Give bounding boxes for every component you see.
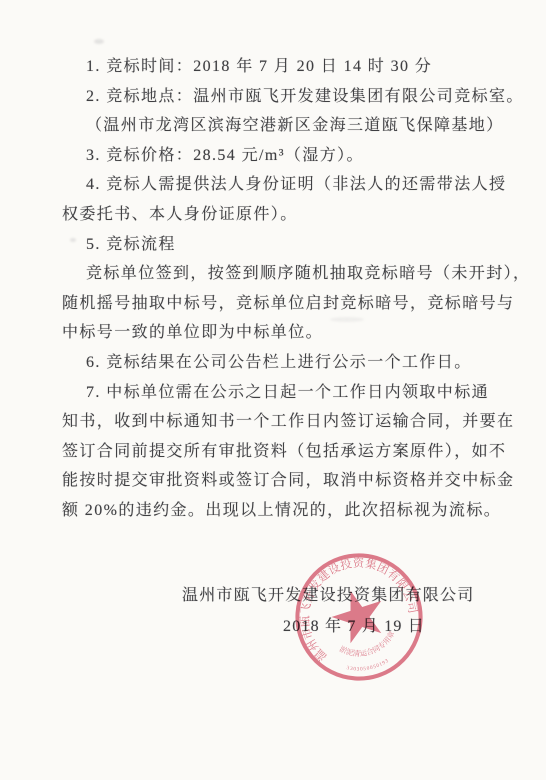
text-line: （温州市龙湾区滨海空港新区金海三道瓯飞保障基地） <box>62 111 510 141</box>
signature-date: 2018 年 7 月 19 日 <box>283 613 425 636</box>
text-line: 能按时提交审批资料或签订合同，取消中标资格并交中标金 <box>62 466 510 496</box>
text-line: 签订合同前提交所有审批资料（包括承运方案原件），如不 <box>62 437 510 467</box>
text-line: 3. 竞标价格：28.54 元/m³（湿方）。 <box>62 141 510 171</box>
text-line: 竞标单位签到，按签到顺序随机抽取竞标暗号（未开封）， <box>62 259 510 289</box>
scan-artifact <box>94 39 104 44</box>
document-body: 1. 竞标时间：2018 年 7 月 20 日 14 时 30 分2. 竞标地点… <box>62 52 510 526</box>
text-line: 2. 竞标地点：温州市瓯飞开发建设集团有限公司竞标室。 <box>62 82 510 112</box>
text-line: 知书，收到中标通知书一个工作日内签订运输合同，并要在 <box>62 407 510 437</box>
signature-company-name: 温州市瓯飞开发建设投资集团有限公司 <box>182 582 474 605</box>
text-line: 权委托书、本人身份证原件）。 <box>62 200 510 230</box>
text-line: 1. 竞标时间：2018 年 7 月 20 日 14 时 30 分 <box>62 52 510 82</box>
text-line: 4. 竞标人需提供法人身份证明（非法人的还需带法人授 <box>62 170 510 200</box>
seal-serial-number: 3303050050193 <box>344 652 391 679</box>
text-line: 6. 竞标结果在公司公告栏上进行公示一个工作日。 <box>62 348 510 378</box>
text-line: 中标号一致的单位即为中标单位。 <box>62 318 510 348</box>
text-line: 5. 竞标流程 <box>62 230 510 260</box>
text-line: 随机摇号抽取中标号，竞标单位启封竞标暗号，竞标暗号与 <box>62 289 510 319</box>
text-line: 额 20%的违约金。出现以上情况的，此次招标视为流标。 <box>62 496 510 526</box>
text-line: 7. 中标单位需在公示之日起一个工作日内领取中标通 <box>62 378 510 408</box>
scanned-document-page: 1. 竞标时间：2018 年 7 月 20 日 14 时 30 分2. 竞标地点… <box>0 0 546 780</box>
